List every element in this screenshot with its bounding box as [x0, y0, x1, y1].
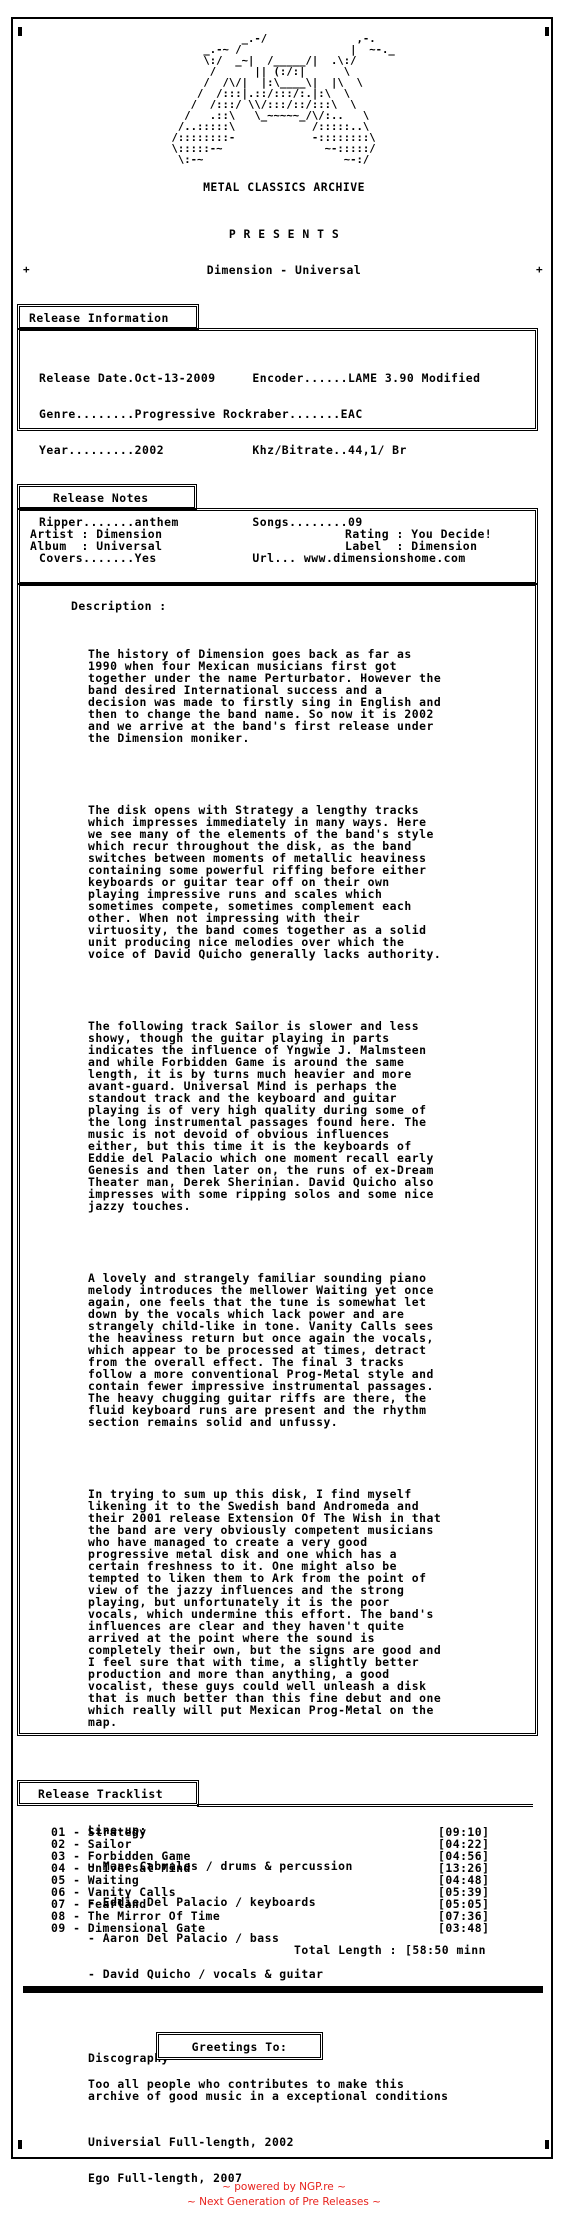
- track-title: 09 - Dimensional Gate: [51, 1921, 206, 1935]
- corner-marker-top-right: [545, 27, 549, 36]
- tracklist-tab-label: Release Tracklist: [38, 1788, 196, 1800]
- info-line-genre-raber: Genre........Progressive Rockraber......…: [39, 408, 480, 420]
- description-paragraph: The history of Dimension goes back as fa…: [88, 648, 441, 744]
- release-notes-tab: Release Notes: [17, 484, 197, 510]
- label-line: Label : Dimension: [345, 540, 477, 552]
- footer-powered-by: ~ powered by NGP.re ~: [0, 2180, 568, 2195]
- track-length: [03:48]: [438, 1922, 490, 1934]
- corner-marker-top-left: [18, 27, 22, 36]
- archive-name: METAL CLASSICS ARCHIVE: [0, 181, 568, 193]
- greetings-heading: Greetings To:: [159, 2041, 320, 2053]
- description-body: The history of Dimension goes back as fa…: [88, 624, 441, 2208]
- release-information-tab-label: Release Information: [29, 312, 196, 324]
- tracklist-tab: Release Tracklist: [17, 1780, 199, 1806]
- tracklist-divider: [197, 1804, 533, 1807]
- release-information-tab: Release Information: [17, 304, 199, 330]
- footer-tagline: ~ Next Generation of Pre Releases ~: [0, 2195, 568, 2210]
- release-notes-tab-label: Release Notes: [53, 492, 194, 504]
- presents-heading: P R E S E N T S: [0, 228, 568, 240]
- total-length-label: Total Length :: [294, 1944, 397, 1956]
- description-paragraph: The disk opens with Strategy a lengthy t…: [88, 804, 441, 960]
- description-paragraph: A lovely and strangely familiar sounding…: [88, 1272, 441, 1428]
- track-list: 01 - Strategy[09:10]02 - Sailor[04:22]03…: [51, 1826, 511, 1934]
- release-title: Dimension - Universal: [0, 264, 568, 276]
- total-length-value: [58:50 minn: [405, 1944, 486, 1956]
- info-line-year-bitrate: Year.........2002 Khz/Bitrate..44,1/ Br: [39, 444, 480, 456]
- info-line-release-date-encoder: Release Date.Oct-13-2009 Encoder......LA…: [39, 372, 480, 384]
- corner-marker-bottom-left: [18, 2140, 22, 2149]
- description-heading: Description :: [71, 600, 167, 612]
- corner-marker-bottom-right: [545, 2140, 549, 2149]
- section-divider-bar: [23, 1986, 543, 1993]
- lineup-member: - David Quicho / vocals & guitar: [88, 1968, 441, 1980]
- side-marker-right: +: [536, 263, 543, 276]
- description-paragraph: The following track Sailor is slower and…: [88, 1020, 441, 1212]
- greetings-box: Greetings To:: [156, 2032, 323, 2060]
- ascii-logo: _.-/ ,-. _.-~ / | ~-._ \:/ _~| /_____/| …: [146, 34, 395, 166]
- album-line: Album : Universal: [30, 540, 162, 552]
- track-row: 09 - Dimensional Gate[03:48]: [51, 1922, 511, 1934]
- greetings-text: Too all people who contributes to make t…: [88, 2078, 449, 2102]
- discography-item: Universial Full-length, 2002: [88, 2136, 441, 2148]
- description-paragraph: In trying to sum up this disk, I find my…: [88, 1488, 441, 1728]
